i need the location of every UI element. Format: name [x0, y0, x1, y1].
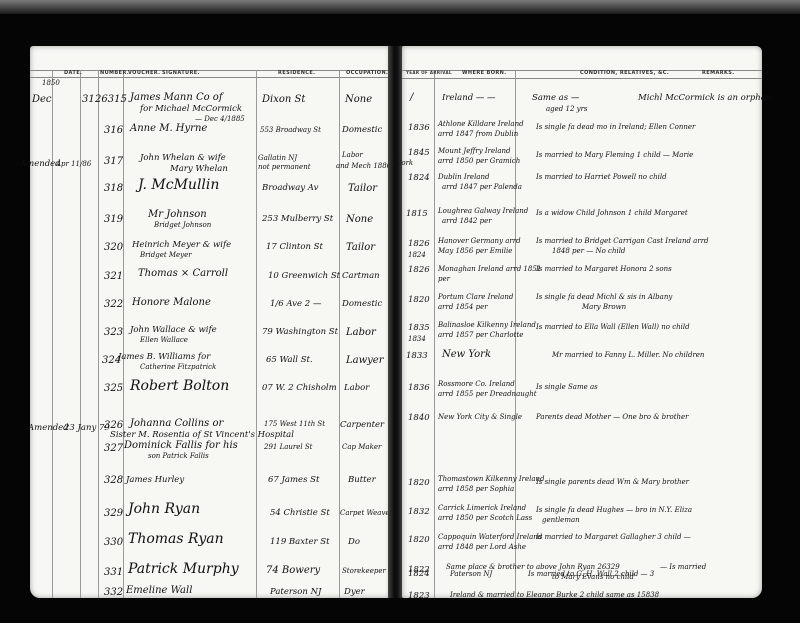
entry-occupation: None	[345, 95, 372, 105]
entry-occupation: Domestic	[342, 300, 382, 309]
entry-relatives: Is married to Ella Wall (Ellen Wall) no …	[536, 324, 690, 331]
entry-number: 319	[104, 215, 123, 225]
entry-relatives: Is single fa dead mo in Ireland; Ellen C…	[536, 124, 695, 131]
entry-year: /	[410, 93, 413, 103]
entry-number: 328	[104, 476, 123, 486]
header-rule-bottom	[30, 77, 390, 78]
entry-signature-line2: Sister M. Rosentia of St Vincent's Hospi…	[110, 431, 294, 440]
entry-year: 1836	[408, 384, 430, 393]
entry-number: 327	[104, 444, 123, 454]
entry-signature: James Mann Co of	[130, 93, 223, 103]
entry-relatives: Is married to Harriet Powell no child	[536, 174, 667, 181]
entry-relatives: Is single fa dead Michl & sis in Albany	[536, 294, 672, 301]
entry-year: 1820	[408, 296, 430, 305]
entry-month: Dec	[32, 95, 52, 105]
entry-occupation: Labor	[344, 384, 369, 393]
entry-signature: Thomas Ryan	[128, 532, 224, 546]
entry-year: 1815	[406, 210, 428, 219]
entry-where-born: New York	[442, 350, 491, 360]
entry-occupation: Tailor	[348, 184, 377, 194]
entry-residence: Broadway Av	[262, 184, 318, 193]
entry-remarks: Michl McCormick is an orphan	[638, 94, 771, 103]
entry-residence: 67 James St	[268, 476, 319, 485]
header-year-arrival: Year of Arrival	[406, 70, 452, 75]
entry-residence: 553 Broadway St	[260, 127, 321, 134]
entry-year: 1836	[408, 124, 430, 133]
column-divider	[123, 70, 124, 598]
entry-where-born: Thomastown Kilkenny Ireland	[438, 476, 545, 483]
entry-signature-line2: for Michael McCormick	[140, 105, 242, 114]
entry-relatives: Is single Same as	[536, 384, 598, 391]
entry-number: 323	[104, 328, 123, 338]
entry-occupation: Cap Maker	[342, 444, 381, 451]
header-rule-bottom	[402, 78, 762, 79]
entry-where-born-line2: May 1856 per Emilie	[438, 248, 512, 255]
entry-where-born: Cappoquin Waterford Ireland	[438, 534, 542, 541]
entry-signature: J. McMullin	[138, 178, 219, 192]
entry-occupation: Dyer	[344, 588, 365, 597]
year-note: 1850	[42, 80, 60, 87]
entry-where-born-line2: arrd 1857 per Charlotte	[438, 332, 523, 339]
entry-residence: 79 Washington St	[262, 328, 338, 337]
entry-year-line2: 1824	[408, 252, 426, 259]
entry-year: 1824	[408, 570, 430, 579]
ledger-left-page: DATE. NUMBER. VOUCHER. SIGNATURE. RESIDE…	[30, 46, 390, 598]
entry-where-born: Ireland & married to Eleanor Burke 2 chi…	[450, 592, 659, 599]
entry-where-born-line2: arrd 1855 per Dreadnaught	[438, 391, 537, 398]
column-divider	[256, 70, 257, 598]
entry-amended: Amended	[28, 424, 69, 433]
entry-signature: Patrick Murphy	[128, 562, 239, 576]
entry-where-born-line2: per	[438, 276, 450, 283]
header-where-born: WHERE BORN.	[462, 70, 507, 76]
entry-number: 26315	[95, 95, 127, 105]
header-signature: SIGNATURE.	[162, 70, 200, 76]
entry-year: 1820	[408, 479, 430, 488]
entry-where-born-line2: arrd 1847 from Dublin	[438, 131, 518, 138]
entry-note: — Dec 4/1885	[195, 116, 245, 123]
entry-occupation: Cartman	[342, 272, 380, 281]
entry-occupation: Carpenter	[340, 421, 384, 430]
entry-relatives: Is married to G. H. Wall 2 child — 3	[528, 571, 654, 578]
entry-year: 1845	[408, 149, 430, 158]
entry-occupation-line2: and Mech 1886	[336, 163, 391, 170]
entry-where-born: Monaghan Ireland arrd 1851	[438, 266, 541, 273]
entry-residence: 175 West 11th St	[264, 421, 325, 428]
entry-signature: John Ryan	[128, 502, 200, 516]
entry-number: 320	[104, 243, 123, 253]
column-divider	[98, 70, 99, 598]
entry-number: 332	[104, 588, 123, 598]
entry-year: 1826	[408, 240, 430, 249]
entry-signature-line2: Catherine Fitzpatrick	[140, 364, 216, 371]
entry-signature: Heinrich Meyer & wife	[132, 241, 231, 250]
entry-relatives: Is married to Margaret Gallagher 3 child…	[536, 534, 691, 541]
entry-number: 325	[104, 384, 123, 394]
entry-occupation: Lawyer	[346, 356, 384, 366]
entry-where-born: Paterson NJ	[450, 571, 492, 578]
entry-number: 329	[104, 509, 123, 519]
entry-relatives-line2: 1848 per — No child	[552, 248, 625, 255]
entry-number: 316	[104, 126, 123, 136]
entry-number: 318	[104, 184, 123, 194]
entry-day: 31	[82, 95, 95, 105]
entry-occupation: Storekeeper	[342, 568, 386, 575]
entry-where-born: Loughrea Galway Ireland	[438, 208, 528, 215]
entry-signature: Dominick Fallis for his	[124, 441, 238, 451]
entry-signature-line2: Ellen Wallace	[140, 337, 188, 344]
header-relatives: CONDITION, RELATIVES, &c.	[580, 70, 669, 76]
entry-occupation: Labor	[342, 152, 363, 159]
entry-year: 1826	[408, 266, 430, 275]
entry-signature-line2: Bridget Meyer	[140, 252, 192, 259]
entry-relatives-line2: Mary Brown	[582, 304, 626, 311]
entry-relatives: Is married to Margaret Honora 2 sons	[536, 266, 672, 273]
entry-signature: Mr Johnson	[148, 210, 207, 220]
entry-year: 1820	[408, 536, 430, 545]
entry-where-born: Mount Jeffry Ireland	[438, 148, 511, 155]
entry-residence: 119 Baxter St	[270, 538, 329, 547]
entry-residence: 10 Greenwich St	[268, 272, 340, 281]
entry-where-born: Balinasloe Kilkenny Ireland	[438, 322, 536, 329]
entry-residence: 74 Bowery	[266, 566, 320, 576]
entry-year-line2: Cork	[396, 160, 413, 167]
entry-year: 1835	[408, 324, 430, 333]
entry-number: 331	[104, 568, 123, 578]
entry-relatives-line2: aged 12 yrs	[546, 106, 588, 113]
entry-residence: 17 Clinton St	[266, 243, 323, 252]
header-occupation: OCCUPATION.	[346, 70, 388, 76]
header-date: DATE.	[64, 70, 82, 76]
entry-signature: Emeline Wall	[126, 586, 192, 596]
entry-residence: 1/6 Ave 2 —	[270, 300, 321, 309]
column-divider	[52, 70, 53, 598]
entry-relatives: Is single parents dead Wm & Mary brother	[536, 479, 689, 486]
entry-amended-date: 23 Jany 79	[64, 424, 110, 433]
entry-signature-line2: Bridget Johnson	[154, 222, 211, 229]
entry-signature: John Whelan & wife	[140, 154, 226, 163]
column-divider	[80, 70, 81, 598]
entry-where-born-line2: arrd 1848 per Lord Ashe	[438, 544, 526, 551]
entry-year-line2: 1834	[408, 336, 426, 343]
entry-occupation: Carpet Weaver	[340, 510, 393, 517]
entry-where-born: Hanover Germany arrd	[438, 238, 521, 245]
header-rule-top	[30, 70, 390, 71]
header-remarks: REMARKS.	[702, 70, 735, 76]
entry-residence-line2: not permanent	[258, 164, 311, 171]
header-voucher: VOUCHER.	[128, 70, 160, 76]
entry-amended: Amended	[20, 160, 61, 169]
entry-occupation: Labor	[346, 328, 376, 338]
entry-number: 317	[104, 157, 123, 167]
column-divider	[434, 70, 435, 598]
entry-residence: 253 Mulberry St	[262, 215, 333, 224]
entry-where-born-line2: arrd 1842 per	[442, 218, 492, 225]
entry-year: 1824	[408, 174, 430, 183]
entry-residence: 65 Wall St.	[266, 356, 313, 365]
entry-where-born: Dublin Ireland	[438, 174, 489, 181]
entry-number: 322	[104, 300, 123, 310]
entry-signature: James Hurley	[126, 476, 184, 485]
entry-occupation: Tailor	[346, 243, 375, 253]
entry-signature: Anne M. Hyrne	[130, 124, 207, 134]
entry-relatives: Is married to Mary Fleming 1 child — Mar…	[536, 152, 693, 159]
entry-where-born: Ireland — —	[442, 94, 496, 103]
entry-residence: 07 W. 2 Chisholm	[262, 384, 337, 393]
entry-number: 321	[104, 272, 123, 282]
entry-where-born: Athlone Killdare Ireland	[438, 121, 524, 128]
entry-occupation: Butter	[348, 476, 376, 485]
entry-relatives: Parents dead Mother — One bro & brother	[536, 414, 689, 421]
entry-signature: Thomas × Carroll	[138, 269, 228, 279]
entry-where-born-line2: arrd 1850 per Scotch Lass	[438, 515, 532, 522]
entry-residence: Paterson NJ	[270, 588, 321, 597]
header-number: NUMBER.	[100, 70, 129, 76]
entry-year: 1823	[408, 592, 430, 601]
entry-where-born-line2: arrd 1850 per Gramich	[438, 158, 520, 165]
entry-where-born: Carrick Limerick Ireland	[438, 505, 526, 512]
entry-occupation: None	[346, 215, 373, 225]
entry-residence: Gallatin NJ	[258, 155, 297, 162]
entry-signature: Honore Malone	[132, 298, 211, 308]
entry-where-born: Portum Clare Ireland	[438, 294, 513, 301]
entry-signature: Robert Bolton	[130, 379, 229, 393]
entry-where-born-line2: arrd 1854 per	[438, 304, 488, 311]
column-divider	[339, 70, 340, 598]
scan-top-edge	[0, 0, 800, 14]
entry-occupation: Domestic	[342, 126, 382, 135]
entry-occupation: Do	[348, 538, 360, 547]
entry-amended-date: Apr 11/86	[56, 161, 91, 168]
ledger-right-page: Year of Arrival WHERE BORN. CONDITION, R…	[402, 46, 762, 598]
entry-signature-line2: son Patrick Fallis	[148, 453, 209, 460]
entry-relatives: Is single fa dead Hughes — bro in N.Y. E…	[536, 507, 692, 514]
entry-number: 330	[104, 538, 123, 548]
entry-signature: John Wallace & wife	[130, 326, 217, 335]
header-residence: RESIDENCE.	[278, 70, 315, 76]
entry-relatives: Same as —	[532, 94, 579, 103]
entry-residence: 291 Laurel St	[264, 444, 312, 451]
entry-relatives: Is married to Bridget Carrigan Cast Irel…	[536, 238, 709, 245]
entry-signature: Johanna Collins or	[130, 419, 223, 429]
entry-where-born-line2: arrd 1847 per Palenda	[442, 184, 522, 191]
ledger-row: 1824 Paterson NJ Is married to G. H. Wal…	[402, 570, 762, 590]
entry-where-born: New York City & Single	[438, 414, 522, 421]
entry-year: 1832	[408, 508, 430, 517]
entry-where-born: Rossmore Co. Ireland	[438, 381, 515, 388]
entry-residence: Dixon St	[262, 95, 305, 105]
entry-year: 1833	[406, 352, 428, 361]
entry-signature: James B. Williams for	[118, 353, 210, 362]
entry-relatives: Mr married to Fanny L. Miller. No childr…	[552, 352, 704, 359]
entry-residence: 54 Christie St	[270, 509, 330, 518]
entry-relatives-line2: gentleman	[542, 517, 580, 524]
entry-where-born-line2: arrd 1858 per Sophia	[438, 486, 514, 493]
entry-signature-line2: Mary Whelan	[170, 165, 228, 174]
entry-year: 1840	[408, 414, 430, 423]
entry-relatives: Is a widow Child Johnson 1 child Margare…	[536, 210, 688, 217]
